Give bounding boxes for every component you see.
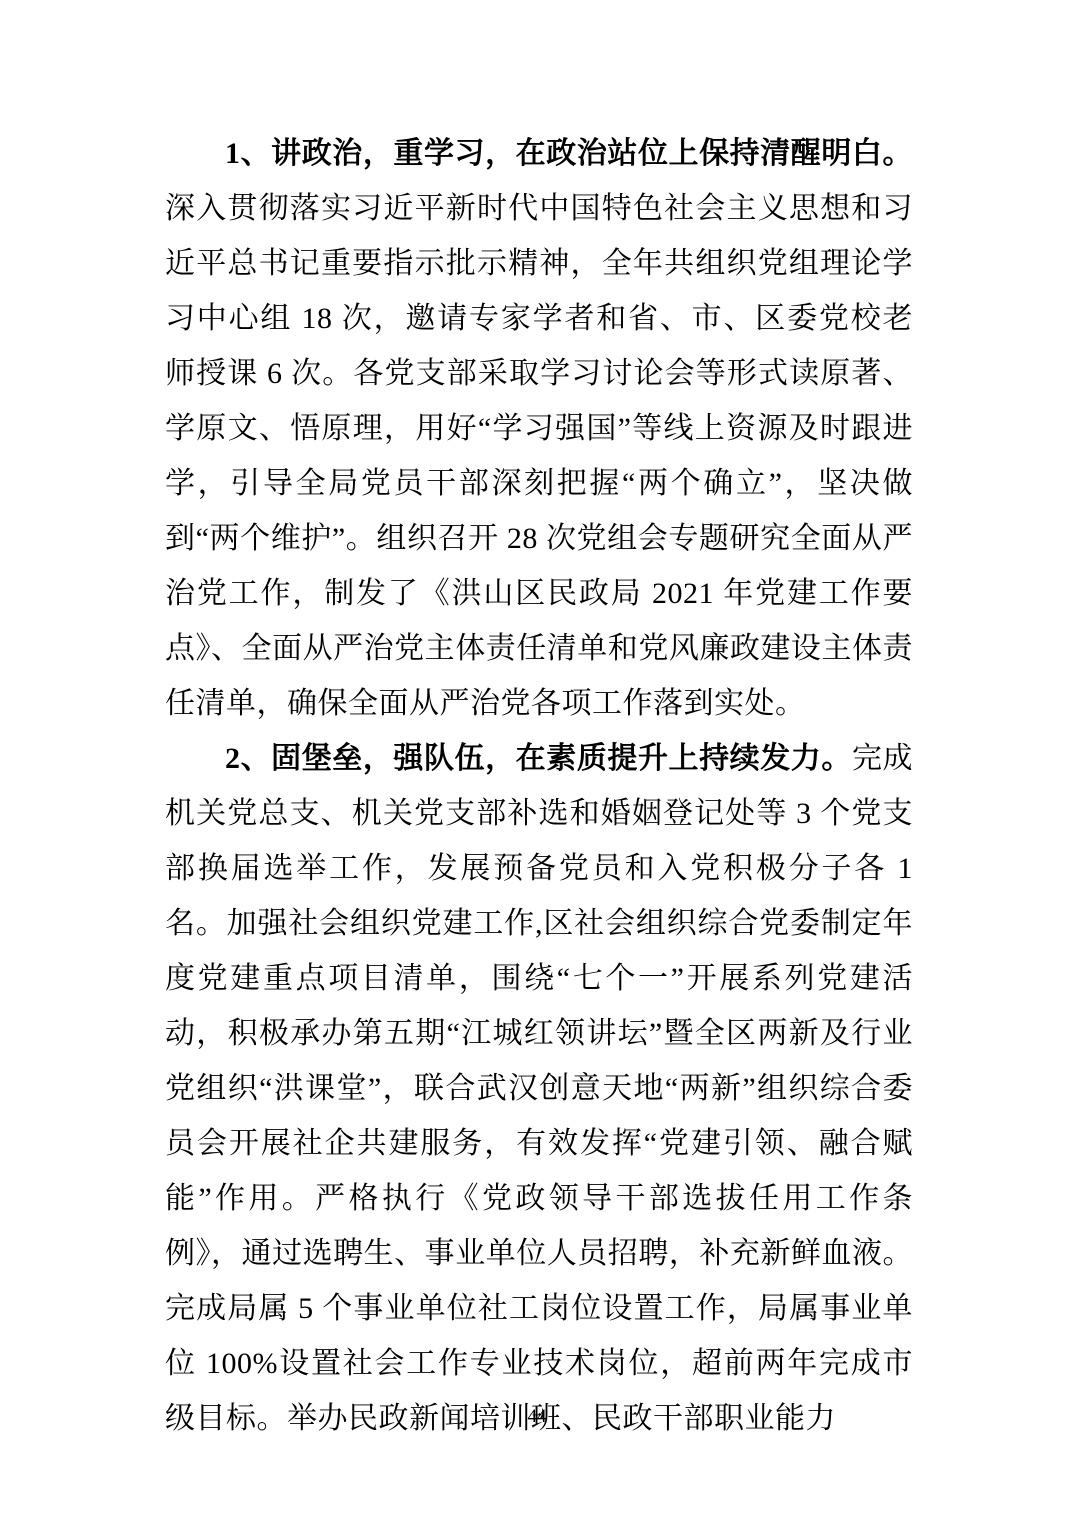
- paragraph-1-heading: 1、讲政治，重学习，在政治站位上保持清醒明白。: [225, 137, 913, 170]
- paragraph-1-text: 深入贯彻落实习近平新时代中国特色社会主义思想和习近平总书记重要指示批示精神，全年…: [165, 192, 913, 720]
- document-page: 1、讲政治，重学习，在政治站位上保持清醒明白。深入贯彻落实习近平新时代中国特色社…: [0, 0, 1074, 1520]
- paragraph-2: 2、固堡垒，强队伍，在素质提升上持续发力。完成机关党总支、机关党支部补选和婚姻登…: [165, 731, 913, 1446]
- document-body: 1、讲政治，重学习，在政治站位上保持清醒明白。深入贯彻落实习近平新时代中国特色社…: [165, 126, 913, 1446]
- page-number: 44: [0, 1405, 1074, 1429]
- paragraph-1: 1、讲政治，重学习，在政治站位上保持清醒明白。深入贯彻落实习近平新时代中国特色社…: [165, 126, 913, 731]
- paragraph-2-heading: 2、固堡垒，强队伍，在素质提升上持续发力。: [225, 742, 852, 775]
- paragraph-2-text: 完成机关党总支、机关党支部补选和婚姻登记处等 3 个党支部换届选举工作，发展预备…: [165, 742, 913, 1435]
